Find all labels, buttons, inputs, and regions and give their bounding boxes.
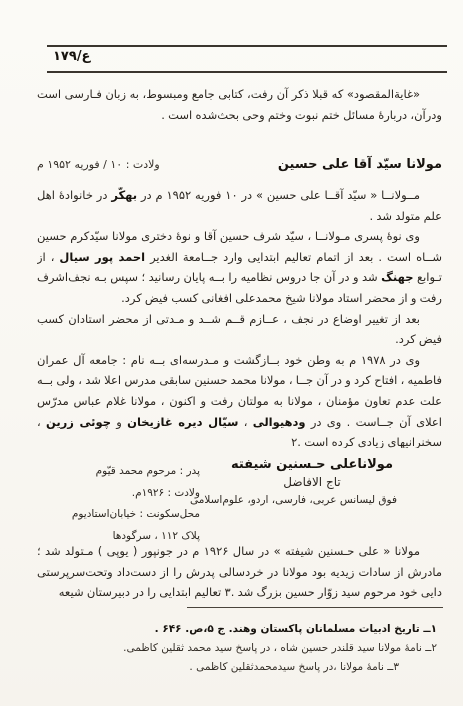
section1-birth-date: ولادت : ۱۰ / فوریه ۱۹۵۲ م [37, 158, 160, 171]
scanned-book-page: ع/۱۷۹ «غایةالمقصود» که قبلا ذکر آن رفت، … [0, 0, 463, 706]
intro-paragraph: «غایةالمقصود» که قبلا ذکر آن رفت، کتابی … [37, 84, 442, 125]
header-rule-top [47, 45, 447, 47]
section1-paragraph-4: وی در ۱۹۷۸ م به وطن خود بــازگشت و مـدرس… [37, 350, 442, 448]
section2-title-block: مولاناعلی حـسنین شیفته تاج الافاضل فوق ل… [227, 457, 397, 506]
detail-birth-year: ولادت : ۱۹۲۶م. [46, 483, 200, 505]
section1-paragraph-1: مــولانــا « سیّد آقــا علی حسین » در ۱۰… [37, 185, 442, 226]
section2-details: پدر : مرحوم محمد قیّوم ولادت : ۱۹۲۶م. مح… [46, 461, 200, 547]
section1-heading: مولانا سیّد آقا علی حسین ولادت : ۱۰ / فو… [37, 157, 442, 172]
section2-title: مولاناعلی حـسنین شیفته [227, 457, 397, 472]
section2-honorific: تاج الافاضل [227, 475, 397, 489]
footnote-1: ۱ــ تاریخ ادبیات مسلمانان پاکستان وهند. … [30, 620, 437, 639]
footnote-3: ۳ــ نامهٔ مولانا ،در پاسخ سیدمحمدثقلین ک… [30, 658, 437, 677]
detail-residence: محل‌سکونت : خیابان‌استادیوم [46, 504, 200, 526]
footnote-divider [187, 607, 443, 608]
header-rule-bottom [47, 71, 447, 73]
section2-degree: فوق لیسانس عربی، فارسی، اردو، علوم‌اسلام… [227, 494, 397, 506]
footnotes: ۱ــ تاریخ ادبیات مسلمانان پاکستان وهند. … [30, 620, 437, 676]
section1-paragraph-2: وی نوهٔ پسری مـولانــا ، سیّد شرف حسین آ… [37, 226, 442, 308]
section2-paragraph: مولانا « علی حـسنین شیفته » در سال ۱۹۲۶ … [37, 541, 442, 605]
page-number: ع/۱۷۹ [53, 49, 90, 64]
section1-title: مولانا سیّد آقا علی حسین [278, 157, 442, 172]
section1-paragraph-3: بعد از تغییر اوضاع در نجف ، عــازم قــم … [37, 309, 442, 350]
detail-father: پدر : مرحوم محمد قیّوم [46, 461, 200, 483]
footnote-2: ۲ــ نامهٔ مولانا سید قلندر حسین شاه ، در… [30, 639, 437, 658]
section1-body: مــولانــا « سیّد آقــا علی حسین » در ۱۰… [37, 185, 442, 448]
